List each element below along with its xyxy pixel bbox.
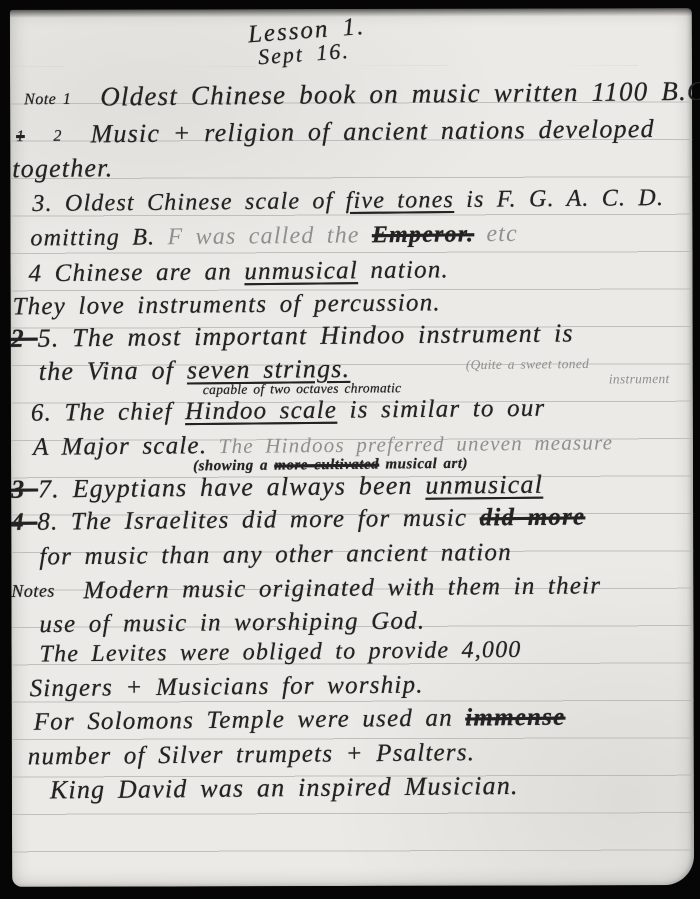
struck-text: Emperor.: [372, 221, 475, 248]
note-line: Note 1 Oldest Chinese book on music writ…: [24, 76, 700, 114]
note-line: together.: [12, 153, 113, 184]
text-segment: 4 Chinese are an: [28, 258, 244, 287]
note-line: 4 Chinese are an unmusical nation.: [28, 256, 449, 288]
note-line: Notes Modern music originated with them …: [11, 572, 601, 606]
underlined-text: seven strings.: [187, 354, 351, 385]
faint-text: etc: [474, 221, 518, 247]
annotation: (Quite a sweet toned: [466, 356, 590, 373]
faint-text: The Hindoos preferred uneven measure: [207, 430, 613, 458]
notebook-photo: Lesson 1. Sept 16. Note 1 Oldest Chinese…: [0, 0, 700, 899]
annotation-text: instrument: [609, 371, 670, 387]
text-segment: is similar to our: [337, 395, 546, 424]
text-segment: King David was an inspired Musician.: [50, 771, 519, 804]
struck-text: immense: [465, 704, 565, 732]
struck-number: 3: [11, 474, 38, 503]
underlined-text: unmusical: [425, 470, 543, 500]
text-segment: number of Silver trumpets + Psalters.: [28, 739, 476, 770]
text-segment: omitting B.: [30, 224, 155, 251]
text-segment: Music + religion of ancient nations deve…: [90, 114, 654, 148]
note-line: The Levites were obliged to provide 4,00…: [39, 637, 521, 669]
note-line: 3. Oldest Chinese scale of five tones is…: [32, 185, 664, 218]
note-line: number of Silver trumpets + Psalters.: [28, 739, 476, 771]
text-segment: 7. Egyptians have always been: [38, 471, 426, 504]
lesson-date: Sept 16.: [257, 38, 351, 71]
text-segment: The Levites were obliged to provide 4,00…: [39, 637, 521, 668]
note-line: 3 7. Egyptians have always been unmusica…: [11, 470, 543, 505]
text-segment: 3. Oldest Chinese scale of: [32, 188, 346, 217]
underlined-text: unmusical: [244, 257, 358, 285]
text-segment: 5. The most important Hindoo instrument …: [37, 318, 573, 352]
underlined-text: Hindoo scale: [185, 397, 337, 425]
notebook-page: Lesson 1. Sept 16. Note 1 Oldest Chinese…: [10, 8, 694, 887]
text-segment: together.: [12, 153, 113, 183]
text-segment: for music than any other ancient nation: [39, 539, 512, 571]
note-line: They love instruments of percussion.: [13, 289, 441, 321]
note-line: For Solomons Temple were used an immense: [34, 704, 566, 737]
text-segment: use of music in worshiping God.: [39, 607, 425, 638]
note-line: 1 2 Music + religion of ancient nations …: [16, 114, 655, 150]
text-segment: 8. The Israelites did more for music: [37, 504, 480, 535]
underlined-text: five tones: [346, 187, 455, 214]
margin-number-struck: 1: [16, 128, 25, 145]
note-line: 6. The chief Hindoo scale is similar to …: [31, 395, 546, 428]
margin-number: Notes: [11, 581, 55, 601]
note-line: 4 8. The Israelites did more for music d…: [11, 503, 585, 537]
annotation-text: (Quite a sweet toned: [466, 356, 589, 372]
text-segment: Singers + Musicians for worship.: [30, 671, 424, 702]
note-line: use of music in worshiping God.: [39, 607, 425, 639]
note-line: for music than any other ancient nation: [39, 539, 512, 572]
note-line: Singers + Musicians for worship.: [30, 671, 424, 703]
struck-number: 2: [11, 324, 38, 353]
text-segment: 6. The chief: [31, 398, 185, 426]
text-segment: They love instruments of percussion.: [13, 289, 441, 320]
note-line: omitting B. F was called the Emperor. et…: [30, 221, 518, 253]
text-segment: Oldest Chinese book on music written 110…: [100, 76, 700, 112]
margin-number: Note 1: [24, 91, 71, 108]
faint-text: F was called the: [155, 222, 372, 250]
text-segment: For Solomons Temple were used an: [34, 705, 466, 736]
note-line: 2 5. The most important Hindoo instrumen…: [11, 318, 574, 353]
text-segment: is F. G. A. C. D.: [454, 185, 664, 213]
struck-text: did more: [480, 503, 586, 531]
text-segment: nation.: [358, 256, 449, 284]
note-line: King David was an inspired Musician.: [50, 771, 519, 805]
annotation-text: capable of two octaves chromatic: [203, 380, 402, 397]
text-segment: Modern music originated with them in the…: [83, 572, 601, 604]
text-segment: A Major scale.: [33, 432, 208, 461]
text-segment: the Vina of: [39, 355, 187, 385]
annotation: instrument: [609, 371, 670, 388]
margin-number: 2: [53, 128, 62, 145]
struck-number: 4: [11, 509, 37, 536]
lesson-date-text: Sept 16.: [257, 38, 350, 70]
